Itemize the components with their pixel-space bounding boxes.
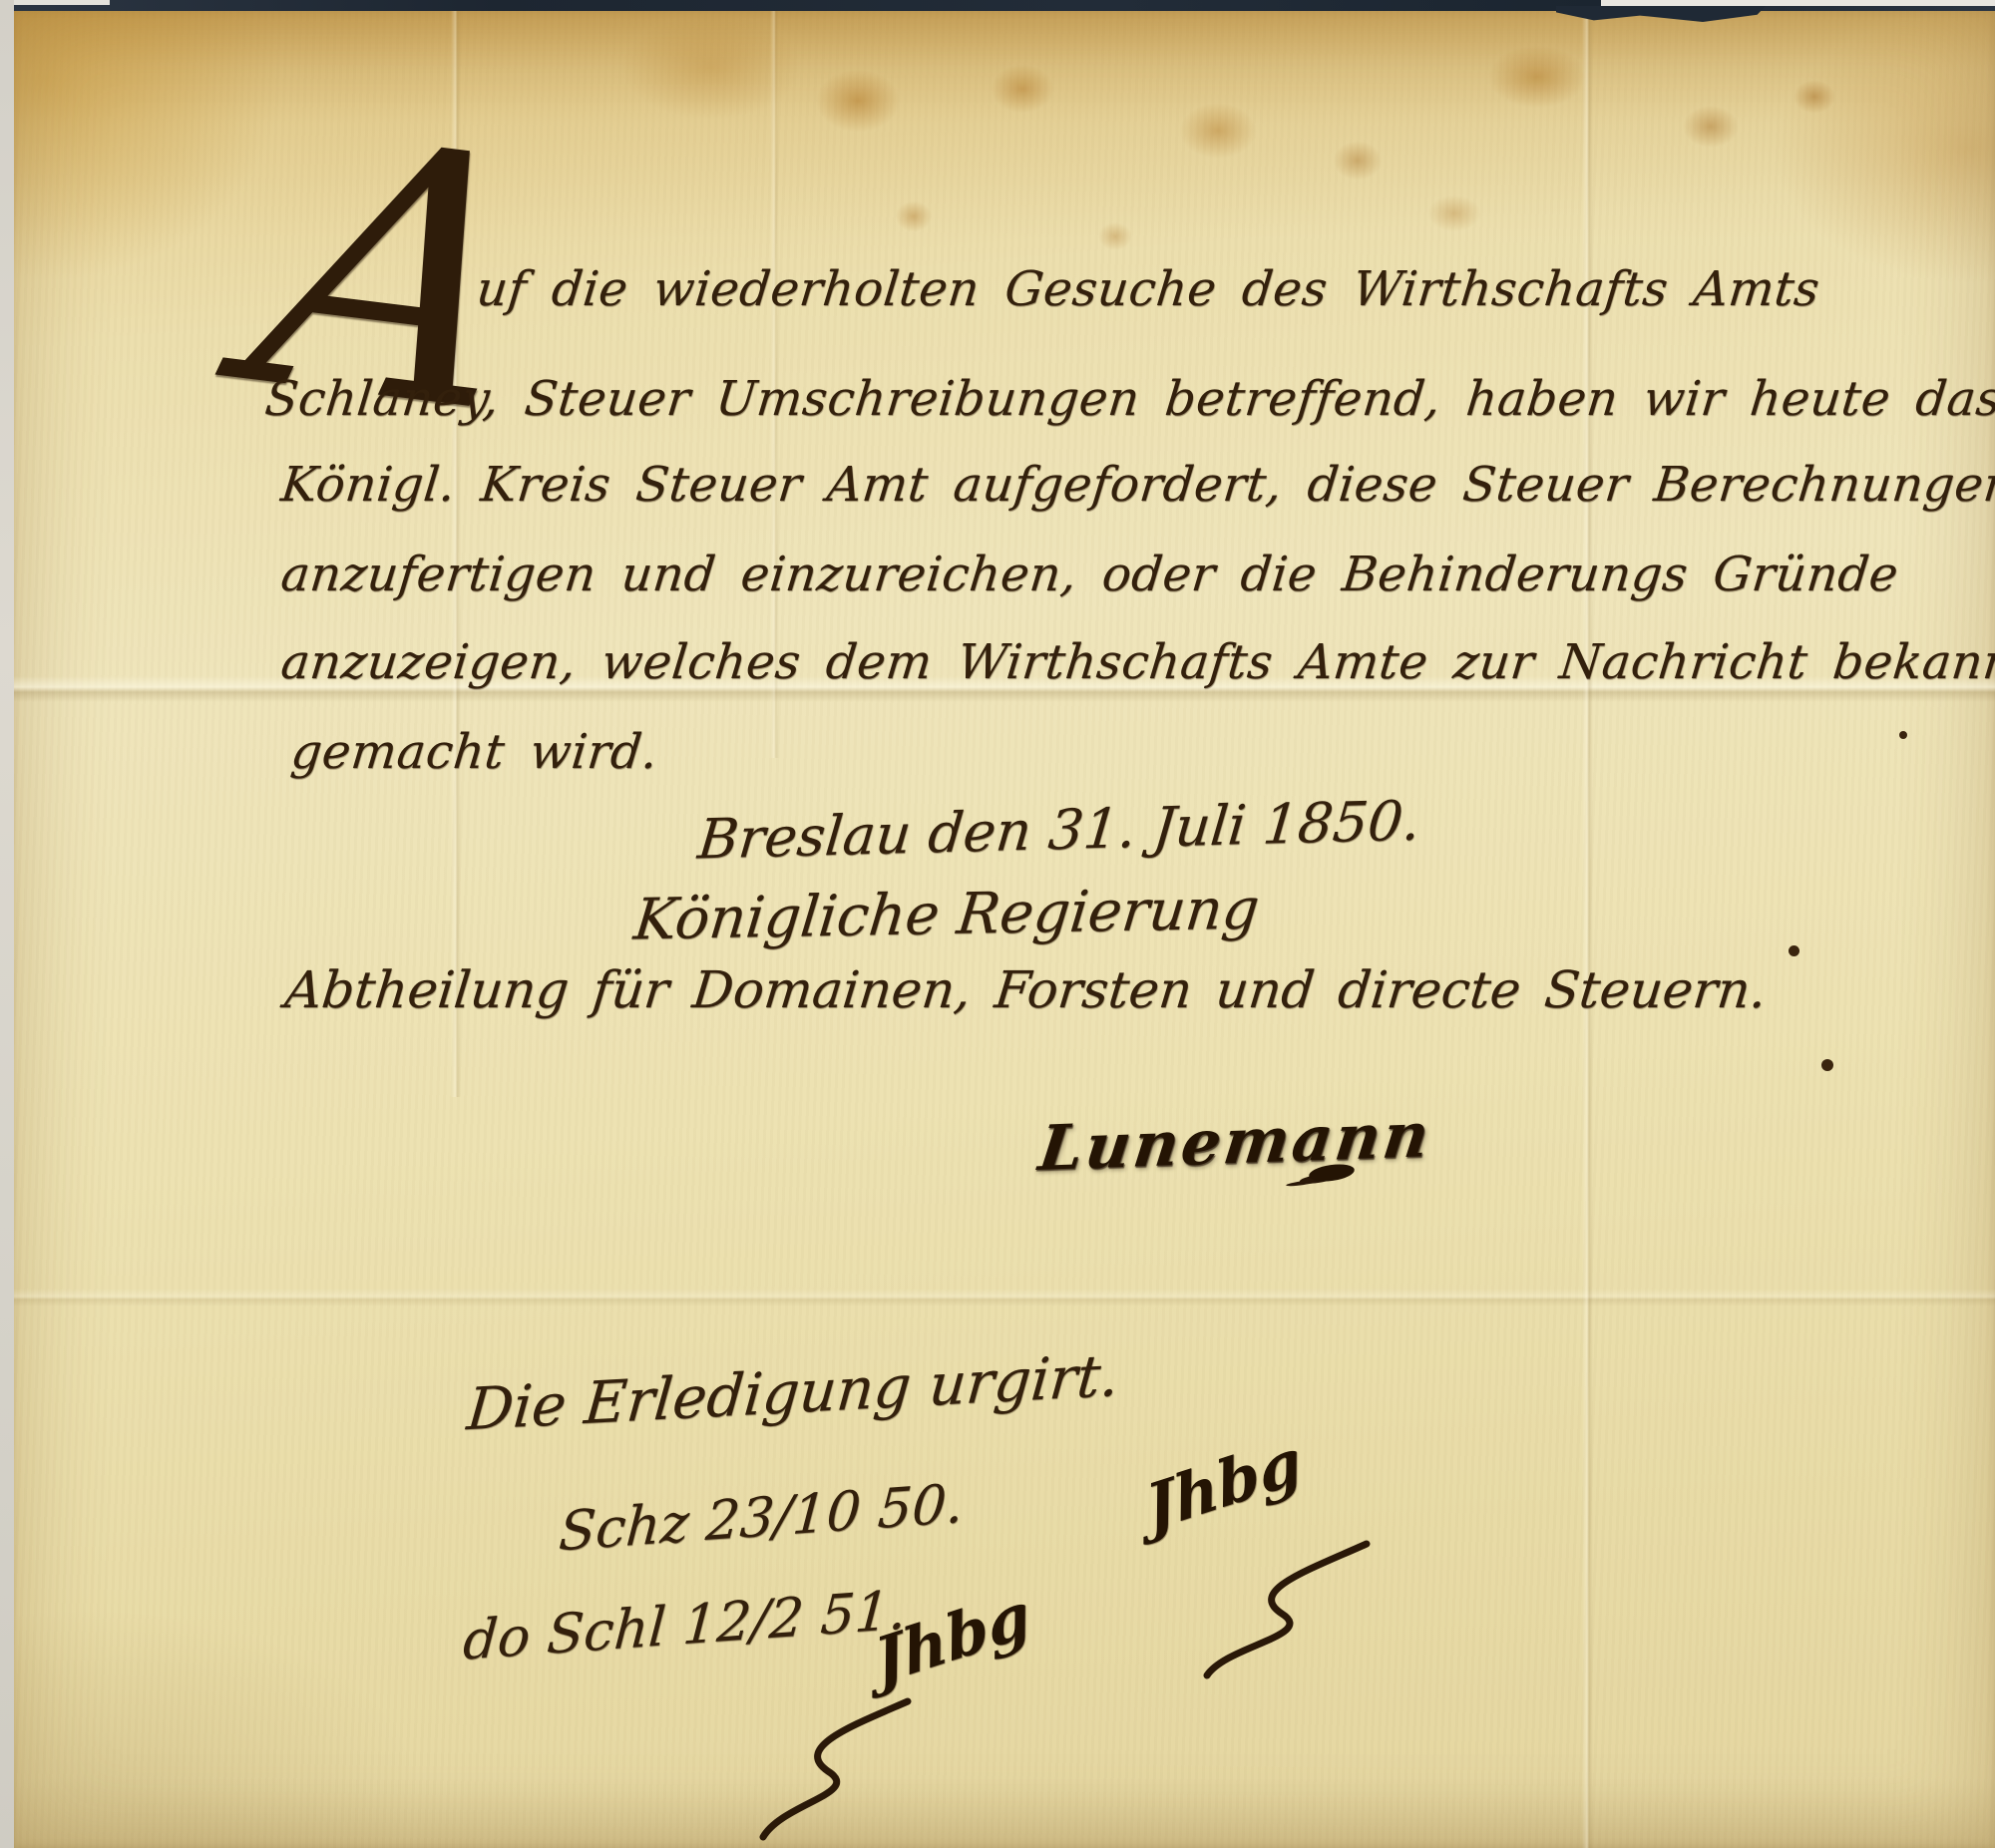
letter-line-4: anzufertigen und einzureichen, oder die … — [278, 547, 1901, 602]
ink-dot-3 — [1899, 731, 1907, 739]
scanned-letter-page: A uf die wiederholten Gesuche des Wirths… — [0, 0, 1995, 1848]
letter-line-2: Schlaney, Steuer Umschreibungen betreffe… — [262, 371, 1995, 427]
ink-dot-1 — [1789, 945, 1799, 956]
scanner-left-edge — [0, 0, 14, 1848]
initials-flourish-2 — [738, 1695, 938, 1845]
letter-line-3: Königl. Kreis Steuer Amt aufgefordert, d… — [278, 457, 1995, 513]
ink-dot-2 — [1821, 1059, 1833, 1071]
department-line: Abtheilung für Domainen, Forsten und dir… — [282, 961, 1770, 1020]
scanner-top-sliver-left — [0, 0, 110, 5]
signature: Lunemann — [1035, 1098, 1436, 1185]
scanner-top-sliver-right — [1601, 0, 1995, 6]
letter-line-5: anzuzeigen, welches dem Wirthschafts Amt… — [278, 634, 1995, 690]
fold-crease-horizontal-lower — [0, 1289, 1995, 1306]
letter-line-1: uf die wiederholten Gesuche des Wirthsch… — [474, 261, 1822, 317]
letter-line-6: gemacht wird. — [288, 724, 660, 780]
initials-flourish-1 — [1187, 1536, 1396, 1685]
issuing-authority-line: Königliche Regierung — [631, 876, 1263, 952]
